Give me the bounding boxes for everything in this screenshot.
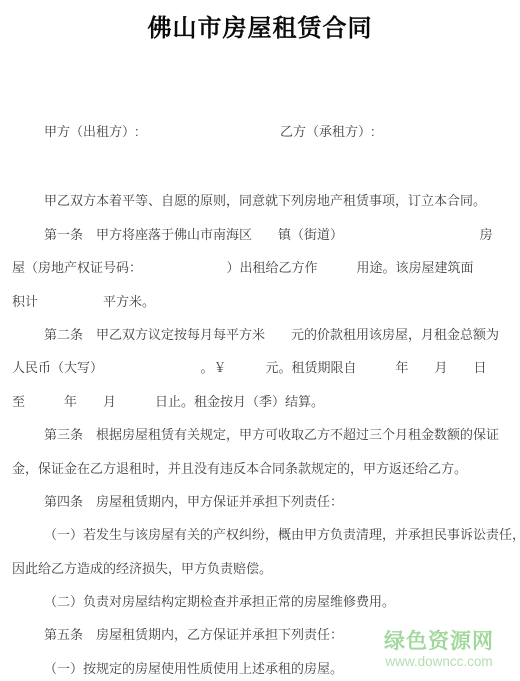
contract-line: 至 年 月 日止。租金按月（季）结算。 <box>12 385 520 418</box>
contract-document-page: 佛山市房屋租赁合同 甲方（出租方）: 乙方（承租方）: 甲乙双方本着平等、自愿的… <box>0 0 520 681</box>
contract-line: 第三条 根据房屋租赁有关规定，甲方可收取乙方不超过三个月租金数额的保证 <box>12 418 520 451</box>
page-title: 佛山市房屋租赁合同 <box>0 0 520 44</box>
contract-line: 人民币（大写） 。￥ 元。租赁期限自 年 月 日 <box>12 351 520 384</box>
contract-line: 第一条 甲方将座落于佛山市南海区 镇（街道） 房 <box>12 218 520 251</box>
contract-line: 金，保证金在乙方退租时，并且没有违反本合同条款规定的，甲方返还给乙方。 <box>12 452 520 485</box>
contract-line: 积计 平方米。 <box>12 285 520 318</box>
blank-line <box>12 148 520 184</box>
watermark-site-url: www.downcc.com <box>384 654 494 670</box>
contract-line: 甲乙双方本着平等、自愿的原则，同意就下列房地产租赁事项，订立本合同。 <box>12 184 520 217</box>
contract-line: 第四条 房屋租赁期内，甲方保证并承担下列责任： <box>12 485 520 518</box>
site-watermark: 绿色资源网 www.downcc.com <box>384 630 494 670</box>
contract-line: （一）若发生与该房屋有关的产权纠纷，概由甲方负责清理，并承担民事诉讼责任， <box>12 518 520 551</box>
party-labels-row: 甲方（出租方）: 乙方（承租方）: <box>12 115 520 148</box>
contract-line: 屋（房地产权证号码： ）出租给乙方作 用途。该房屋建筑面 <box>12 251 520 284</box>
contract-body: 甲方（出租方）: 乙方（承租方）: 甲乙双方本着平等、自愿的原则，同意就下列房地… <box>12 115 520 681</box>
party-b-label: 乙方（承租方）: <box>280 115 375 148</box>
party-a-label: 甲方（出租方）: <box>44 115 139 148</box>
contract-line: （二）负责对房屋结构定期检查并承担正常的房屋维修费用。 <box>12 585 520 618</box>
contract-line: 因此给乙方造成的经济损失，甲方负责赔偿。 <box>12 552 520 585</box>
contract-line: 第二条 甲乙双方议定按每月每平方米 元的价款租用该房屋，月租金总额为 <box>12 318 520 351</box>
watermark-site-name: 绿色资源网 <box>384 630 494 654</box>
